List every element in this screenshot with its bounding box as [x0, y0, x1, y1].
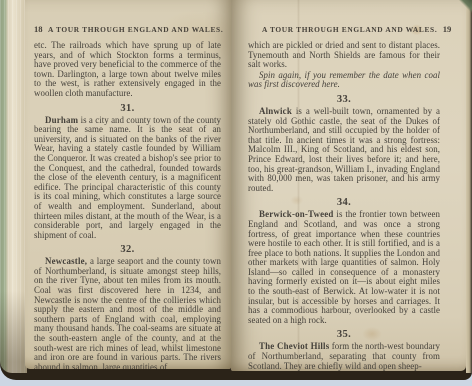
- entry-newcastle-text: a large seaport and the county town of N…: [34, 256, 221, 369]
- entry-berwick-text: is the frontier town between England and…: [248, 209, 440, 325]
- page-number-left: 18: [34, 24, 48, 34]
- running-head-left: 18 A TOUR THROUGH ENGLAND AND WALES.: [34, 24, 221, 34]
- page-edges-left: [0, 0, 27, 373]
- left-page: 18 A TOUR THROUGH ENGLAND AND WALES. etc…: [25, 0, 231, 369]
- entry-cheviot-hills: The Cheviot Hills form the north-west bo…: [248, 342, 440, 371]
- paragraph-pickled: which are pickled or dried and sent to d…: [248, 41, 440, 70]
- entry-alnwick: Alnwick is a well-built town, ornamented…: [248, 107, 440, 193]
- right-page: A TOUR THROUGH ENGLAND AND WALES. 19 whi…: [231, 0, 466, 371]
- book-cover-corner: [455, 0, 472, 17]
- page-number-right: 19: [437, 24, 451, 34]
- page-edges-right: [466, 0, 472, 373]
- section-heading-32: 32.: [34, 244, 221, 255]
- entry-newcastle-lead: Newcastle,: [45, 256, 87, 266]
- section-heading-35: 35.: [248, 329, 440, 340]
- entry-alnwick-text: is a well-built town, ornamented by a st…: [248, 106, 440, 193]
- open-book: 18 A TOUR THROUGH ENGLAND AND WALES. etc…: [0, 0, 472, 380]
- paragraph-railroads: etc. The railroads which have sprung up …: [34, 41, 221, 99]
- section-heading-33: 33.: [248, 94, 440, 105]
- entry-berwick: Berwick-on-Tweed is the frontier town be…: [248, 210, 440, 325]
- running-head-right: A TOUR THROUGH ENGLAND AND WALES. 19: [248, 24, 440, 34]
- entry-cheviot-hills-lead: The Cheviot Hills: [259, 341, 329, 351]
- entry-durham-text: is a city and county town of the county …: [34, 115, 221, 240]
- section-heading-31: 31.: [34, 103, 221, 114]
- running-title-left: A TOUR THROUGH ENGLAND AND WALES.: [48, 25, 223, 34]
- entry-alnwick-lead: Alnwick: [259, 106, 292, 116]
- entry-durham: Durham is a city and county town of the …: [34, 116, 221, 241]
- entry-berwick-lead: Berwick-on-Tweed: [259, 209, 334, 219]
- entry-newcastle: Newcastle, a large seaport and the count…: [34, 257, 221, 369]
- running-title-right: A TOUR THROUGH ENGLAND AND WALES.: [262, 25, 437, 34]
- photo-background: 18 A TOUR THROUGH ENGLAND AND WALES. etc…: [0, 0, 472, 386]
- section-heading-34: 34.: [248, 197, 440, 208]
- entry-durham-lead: Durham: [45, 115, 78, 125]
- spin-again-instruction: Spin again, if you remember the date whe…: [248, 71, 440, 90]
